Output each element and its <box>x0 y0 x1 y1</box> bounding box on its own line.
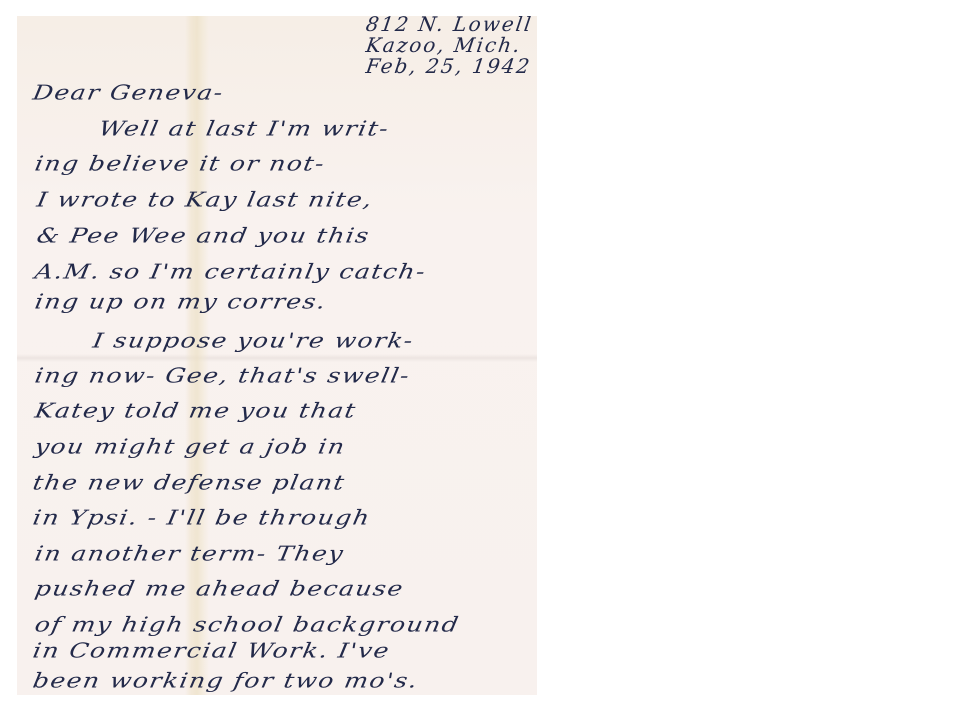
body-line: Well at last I'm writ- <box>97 117 392 142</box>
address-city: Kazoo, Mich. <box>365 35 534 56</box>
letter-date: Feb, 25, 1942 <box>365 56 534 77</box>
body-line: of my high school background <box>33 613 462 638</box>
body-line: pushed me ahead because <box>33 577 406 602</box>
body-line: in another term- They <box>33 542 346 567</box>
body-line: the new defense plant <box>31 471 348 496</box>
body-line: Katey told me you that <box>33 399 359 424</box>
body-line: A.M. so I'm certainly catch- <box>33 260 428 285</box>
return-address: 812 N. Lowell Kazoo, Mich. Feb, 25, 1942 <box>366 16 533 77</box>
body-line: you might get a job in <box>33 435 348 460</box>
body-line: in Ypsi. - I'll be through <box>31 506 373 531</box>
body-line: I wrote to Kay last nite, <box>35 188 375 213</box>
body-line: been working for two mo's. <box>31 669 421 694</box>
body-line: ing up on my corres. <box>33 290 329 315</box>
body-line: in Commercial Work. I've <box>31 639 392 664</box>
letter-paper: 812 N. Lowell Kazoo, Mich. Feb, 25, 1942… <box>17 16 537 695</box>
body-line: ing now- Gee, that's swell- <box>33 364 412 389</box>
salutation: Dear Geneva- <box>31 81 226 106</box>
body-line: & Pee Wee and you this <box>35 224 372 249</box>
body-line: ing believe it or not- <box>33 152 327 177</box>
body-line: I suppose you're work- <box>91 329 416 354</box>
page: 812 N. Lowell Kazoo, Mich. Feb, 25, 1942… <box>0 0 960 720</box>
